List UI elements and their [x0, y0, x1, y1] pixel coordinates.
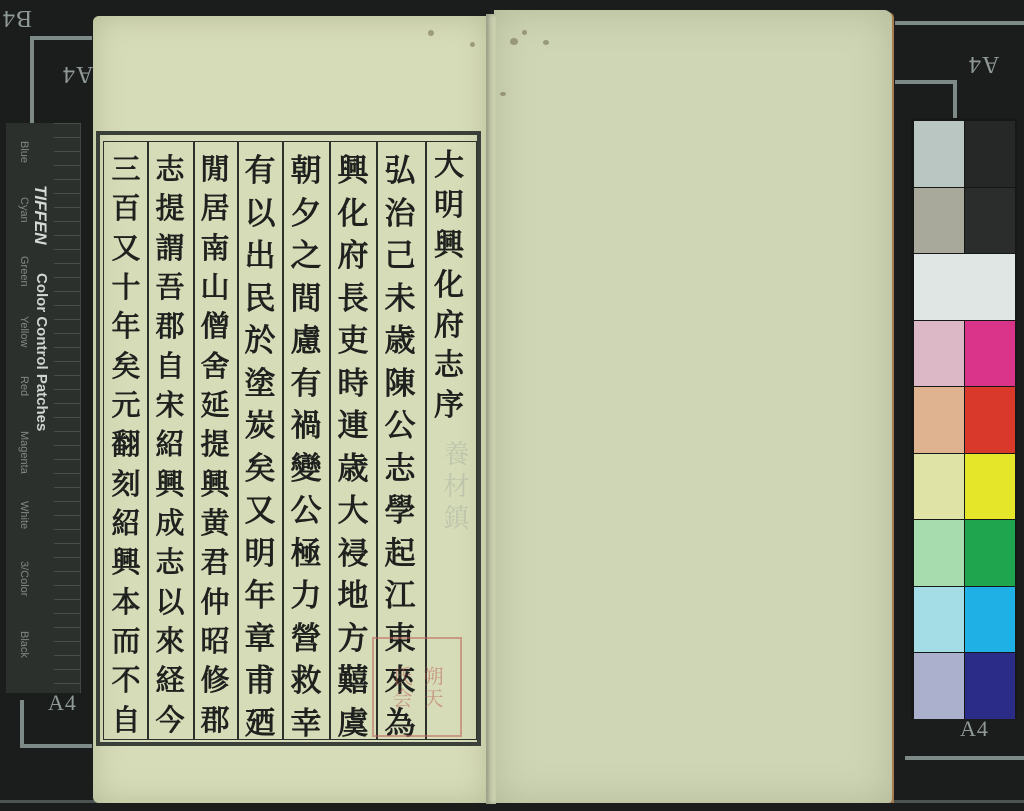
mat-guide-line — [20, 700, 24, 748]
foxing-spot — [470, 42, 475, 47]
character: 變 — [291, 448, 322, 491]
foxing-spot — [500, 92, 506, 96]
character: 力 — [291, 575, 322, 618]
character: 歳 — [385, 320, 416, 363]
character: 宋 — [155, 386, 184, 425]
red-ownership-seal: 朔 氏 天 会 — [372, 637, 462, 737]
foxing-spot — [522, 30, 527, 35]
character: 不 — [111, 661, 140, 700]
character: 経 — [155, 661, 184, 700]
character: 學 — [385, 490, 416, 533]
character: 化 — [434, 266, 464, 306]
character: 囏 — [338, 660, 369, 703]
foxing-spot — [428, 30, 434, 36]
character: 昭 — [200, 622, 229, 661]
character: 長 — [338, 278, 369, 321]
character: 方 — [338, 618, 369, 661]
character: 百 — [111, 189, 140, 228]
patch-label: 3/Color — [18, 561, 30, 596]
character: 居 — [200, 189, 229, 228]
character: 僧 — [200, 307, 229, 346]
mat-guide-line — [20, 744, 92, 748]
character: 來 — [155, 622, 184, 661]
color-calibration-chart — [911, 118, 1017, 718]
character: 於 — [245, 320, 276, 363]
character: 南 — [200, 229, 229, 268]
character: 志 — [155, 150, 184, 189]
text-column-7: 三百又十年矣元翻刻紹興本而不自 — [104, 150, 148, 740]
character: 明 — [245, 533, 276, 576]
character: 而 — [111, 622, 140, 661]
character: 紹 — [111, 504, 140, 543]
character: 之 — [291, 235, 322, 278]
patch-label: Blue — [18, 141, 30, 163]
character: 連 — [338, 405, 369, 448]
character: 舍 — [200, 347, 229, 386]
character: 矣 — [245, 448, 276, 491]
character: 塗 — [245, 363, 276, 406]
seal-char: 会 — [387, 688, 416, 708]
seal-char: 天 — [418, 688, 447, 708]
character: 弘 — [385, 150, 416, 193]
mat-label-b4: B4 — [2, 4, 32, 31]
character: 延 — [200, 386, 229, 425]
patch-label: Magenta — [18, 431, 30, 474]
color-patch — [914, 254, 1015, 320]
character: 閒 — [200, 150, 229, 189]
color-patch — [965, 121, 1015, 187]
mat-label-a4: A4 — [48, 690, 77, 716]
character: 成 — [155, 504, 184, 543]
character: 歳 — [338, 448, 369, 491]
color-patch — [914, 121, 964, 187]
color-patch — [914, 653, 964, 719]
foxing-spot — [543, 40, 549, 45]
mat-guide-line — [953, 80, 957, 120]
character: 又 — [111, 229, 140, 268]
character: 大 — [434, 146, 464, 186]
mat-label-a4: A4 — [960, 716, 989, 742]
character: 廼 — [245, 703, 276, 746]
book-spine — [486, 14, 496, 804]
character: 今 — [155, 701, 184, 740]
character: 提 — [200, 425, 229, 464]
color-patch — [914, 454, 964, 520]
character: 祲 — [338, 533, 369, 576]
color-patch — [914, 387, 964, 453]
character: 出 — [245, 235, 276, 278]
patch-label: Yellow — [18, 316, 30, 347]
character: 興 — [338, 150, 369, 193]
character: 吾 — [155, 268, 184, 307]
character: 序 — [434, 386, 464, 426]
text-column-5: 閒居南山僧舍延提興黄君仲昭修郡 — [193, 150, 237, 740]
character: 本 — [111, 583, 140, 622]
character: 郡 — [155, 307, 184, 346]
character: 章 — [245, 618, 276, 661]
character: 時 — [338, 363, 369, 406]
character: 營 — [291, 618, 322, 661]
color-patch — [914, 321, 964, 387]
character: 救 — [291, 660, 322, 703]
character: 仲 — [200, 583, 229, 622]
color-patch — [965, 321, 1015, 387]
mat-label-a4: A4 — [968, 50, 999, 77]
character: 君 — [200, 543, 229, 582]
character: 夕 — [291, 193, 322, 236]
patch-label: Black — [18, 631, 30, 658]
text-column-3: 朝夕之間慮有禍變公極力營救幸 — [284, 150, 328, 740]
character: 志 — [434, 346, 464, 386]
character: 黄 — [200, 504, 229, 543]
character: 刻 — [111, 465, 140, 504]
mat-guide-line — [905, 756, 1024, 760]
character: 以 — [245, 193, 276, 236]
character: 大 — [338, 490, 369, 533]
character: 朝 — [291, 150, 322, 193]
character: 吏 — [338, 320, 369, 363]
color-patch — [914, 188, 964, 254]
character: 起 — [385, 533, 416, 576]
character: 紹 — [155, 425, 184, 464]
character: 元 — [111, 386, 140, 425]
character: 炭 — [245, 405, 276, 448]
color-patch — [965, 188, 1015, 254]
character: 志 — [155, 543, 184, 582]
character: 明 — [434, 186, 464, 226]
character: 公 — [385, 405, 416, 448]
tiffen-color-card: TIFFEN Color Control Patches Blue Cyan G… — [6, 123, 81, 693]
character: 十 — [111, 268, 140, 307]
character: 興 — [111, 543, 140, 582]
patch-label: Cyan — [18, 197, 30, 223]
character: 禍 — [291, 405, 322, 448]
patch-labels: Blue Cyan Green Yellow Red Magenta White… — [14, 131, 30, 686]
color-patch — [914, 587, 964, 653]
character: 修 — [200, 661, 229, 700]
color-patch — [914, 520, 964, 586]
character: 府 — [338, 235, 369, 278]
mat-guide-line — [30, 36, 92, 40]
character: 年 — [245, 575, 276, 618]
text-column-6: 志提謂吾郡自宋紹興成志以來経今 — [148, 150, 192, 740]
character: 地 — [338, 575, 369, 618]
character: 虞 — [338, 703, 369, 746]
seal-char: 朔 — [418, 666, 447, 686]
character: 江 — [385, 575, 416, 618]
patch-label: Green — [18, 256, 30, 287]
tiffen-title: Color Control Patches — [33, 273, 50, 431]
centimeter-ruler — [54, 123, 80, 693]
character: 謂 — [155, 229, 184, 268]
character: 慮 — [291, 320, 322, 363]
character: 興 — [434, 226, 464, 266]
character: 化 — [338, 193, 369, 236]
mat-guide-line — [30, 36, 34, 124]
character: 治 — [385, 193, 416, 236]
color-patch — [965, 520, 1015, 586]
character: 翻 — [111, 425, 140, 464]
color-patch — [965, 454, 1015, 520]
character: 甫 — [245, 660, 276, 703]
character: 又 — [245, 490, 276, 533]
character: 興 — [200, 465, 229, 504]
character: 公 — [291, 490, 322, 533]
right-page-blank — [494, 10, 892, 803]
seal-char: 氏 — [387, 666, 416, 686]
foxing-spot — [510, 38, 518, 45]
character: 己 — [385, 235, 416, 278]
character: 民 — [245, 278, 276, 321]
character: 矣 — [111, 347, 140, 386]
character: 自 — [111, 701, 140, 740]
character: 府 — [434, 306, 464, 346]
character: 山 — [200, 268, 229, 307]
character: 提 — [155, 189, 184, 228]
patch-label: Red — [18, 376, 30, 396]
character: 陳 — [385, 363, 416, 406]
character: 有 — [245, 150, 276, 193]
text-column-4: 有以出民於塗炭矣又明年章甫廼 — [238, 150, 282, 740]
character: 郡 — [200, 701, 229, 740]
color-patch — [965, 587, 1015, 653]
patch-label: White — [18, 501, 30, 529]
character: 年 — [111, 307, 140, 346]
text-column-2: 興化府長吏時連歳大祲地方囏虞 — [331, 150, 375, 740]
tiffen-brand: TIFFEN — [30, 185, 50, 245]
character: 三 — [111, 150, 140, 189]
color-patch — [965, 653, 1015, 719]
mat-guide-line — [895, 80, 955, 84]
character: 志 — [385, 448, 416, 491]
character: 間 — [291, 278, 322, 321]
character: 未 — [385, 278, 416, 321]
character: 自 — [155, 347, 184, 386]
character: 極 — [291, 533, 322, 576]
character: 幸 — [291, 703, 322, 746]
character: 興 — [155, 465, 184, 504]
mat-guide-line — [895, 21, 1024, 25]
character: 以 — [155, 583, 184, 622]
character: 有 — [291, 363, 322, 406]
color-patch — [965, 387, 1015, 453]
mat-label-a4: A4 — [62, 60, 93, 87]
